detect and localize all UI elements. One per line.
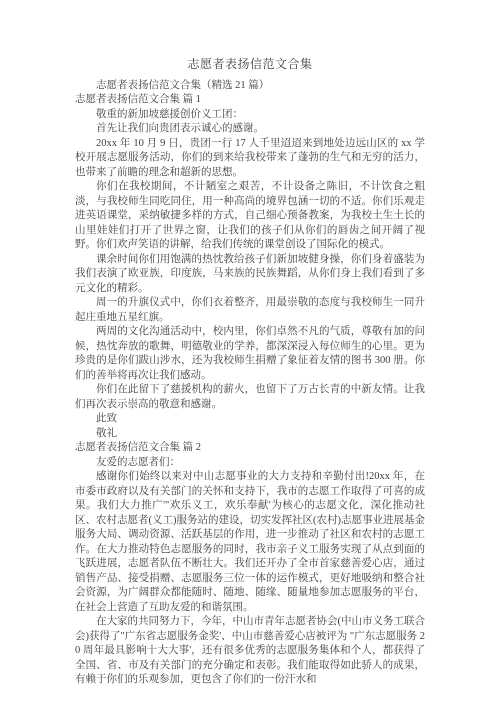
salutation-2: 友爱的志愿者们：: [75, 456, 425, 471]
document-page: 志愿者表扬信范文合集 志愿者表扬信范文合集（精选 21 篇） 志愿者表扬信范文合…: [0, 0, 500, 707]
salutation-1: 敬重的新加坡慈援创价义工团：: [75, 108, 425, 123]
closing-cizhi: 此致: [75, 412, 425, 427]
document-title: 志愿者表扬信范文合集: [75, 57, 425, 72]
paragraph: 周一的升旗仪式中，你们衣着整齐，用最崇敬的态度与我校师生一同升起庄重地五星红旗。: [75, 296, 425, 325]
paragraph: 你们在我校期间，不计陋室之艰苦，不计设备之陈旧，不计饮食之粗淡，与我校师生同吃同…: [75, 180, 425, 253]
section-heading-1: 志愿者表扬信范文合集 篇 1: [75, 93, 425, 108]
paragraph: 两周的文化沟通活动中，校内里，你们卓然不凡的气质，尊敬有加的问候，热忱奔放的歌舞…: [75, 325, 425, 383]
section-heading-2: 志愿者表扬信范文合集 篇 2: [75, 441, 425, 456]
paragraph: 在大家的共同努力下，今年，中山市青年志愿者协会(中山市义务工联合会)获得了"广东…: [75, 615, 425, 688]
paragraph: 课余时间你们用饱满的热忱教给孩子们新加坡健身操，你们身着盛装为我们表演了欧亚族，…: [75, 253, 425, 297]
paragraph: 首先让我们向贵团表示诚心的感谢。: [75, 122, 425, 137]
paragraph: 20xx 年 10 月 9 日，贵团一行 17 人千里迢迢来到地处边远山区的 x…: [75, 137, 425, 181]
closing-jingli: 敬礼: [75, 427, 425, 442]
paragraph: 你们在此留下了慈援机构的薪火，也留下了万古长青的中新友情。让我们再次表示崇高的敬…: [75, 383, 425, 412]
paragraph: 感谢你们始终以来对中山志愿事业的大力支持和辛勤付出!20xx 年，在市委市政府以…: [75, 470, 425, 615]
collection-subtitle: 志愿者表扬信范文合集（精选 21 篇）: [75, 79, 425, 94]
